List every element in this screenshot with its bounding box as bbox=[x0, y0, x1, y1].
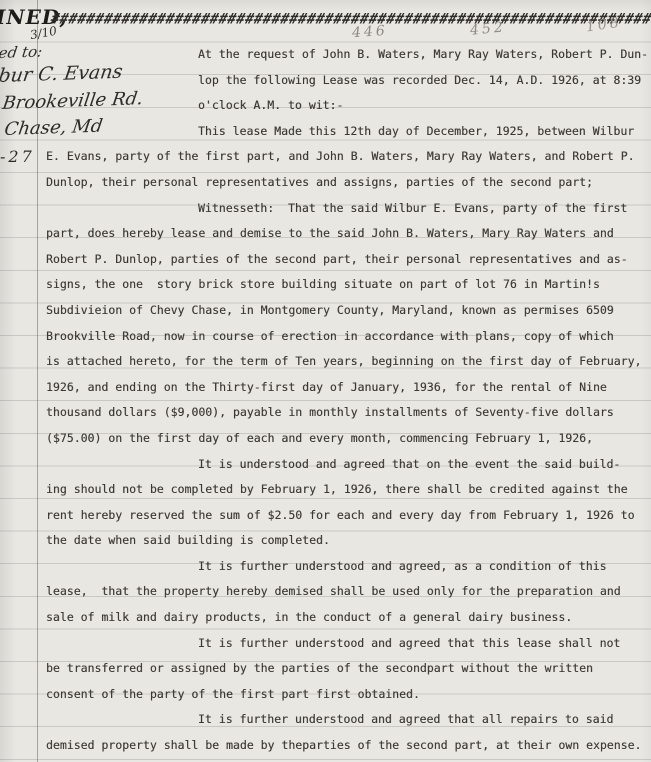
document-line: be transferred or assigned by the partie… bbox=[0, 656, 651, 682]
document-line: It is further understood and agreed that… bbox=[0, 631, 651, 657]
pencil-number: 446 bbox=[351, 23, 388, 41]
document-line: Witnesseth: That the said Wilbur E. Evan… bbox=[0, 196, 651, 222]
document-line: rent hereby reserved the sum of $2.50 fo… bbox=[0, 503, 651, 529]
document-line: ($75.00) on the first day of each and ev… bbox=[0, 426, 651, 452]
document-line: signs, the one story brick store buildin… bbox=[0, 272, 651, 298]
document-line: consent of the party of the first part f… bbox=[0, 682, 651, 708]
document-line: ing should not be completed by February … bbox=[0, 477, 651, 503]
document-line: 1926, and ending on the Thirty-first day… bbox=[0, 375, 651, 401]
document-line: It is understood and agreed that on the … bbox=[0, 452, 651, 478]
document-line: part, does hereby lease and demise to th… bbox=[0, 221, 651, 247]
document-line: This lease Made this 12th day of Decembe… bbox=[0, 119, 651, 145]
pencil-number: 452 bbox=[469, 19, 506, 39]
document-line: demised property shall be made by thepar… bbox=[0, 733, 651, 759]
pencil-number: 108 bbox=[585, 15, 623, 36]
document-line: At the request of John B. Waters, Mary R… bbox=[0, 42, 651, 68]
document-line: thousand dollars ($9,000), payable in mo… bbox=[0, 400, 651, 426]
document-line: lease, that the property hereby demised … bbox=[0, 579, 651, 605]
document-line: the date when said building is completed… bbox=[0, 528, 651, 554]
document-line: Robert P. Dunlop, parties of the second … bbox=[0, 247, 651, 273]
document-line: Subdivieion of Chevy Chase, in Montgomer… bbox=[0, 298, 651, 324]
document-line: lop the following Lease was recorded Dec… bbox=[0, 68, 651, 94]
document-line: E. Evans, party of the first part, and J… bbox=[0, 144, 651, 170]
document-line: Dunlop, their personal representatives a… bbox=[0, 170, 651, 196]
document-line: is attached hereto, for the term of Ten … bbox=[0, 349, 651, 375]
document-body: At the request of John B. Waters, Mary R… bbox=[0, 42, 651, 759]
document-line: It is further understood and agreed, as … bbox=[0, 554, 651, 580]
document-line: sale of milk and dairy products, in the … bbox=[0, 605, 651, 631]
scanned-document-page: INED, 3/10 #############################… bbox=[0, 0, 651, 762]
document-line: o'clock A.M. to wit:- bbox=[0, 93, 651, 119]
document-line: Brookville Road, now in course of erecti… bbox=[0, 324, 651, 350]
strikeout-hash-line: ########################################… bbox=[49, 11, 651, 28]
document-line: It is further understood and agreed that… bbox=[0, 707, 651, 733]
